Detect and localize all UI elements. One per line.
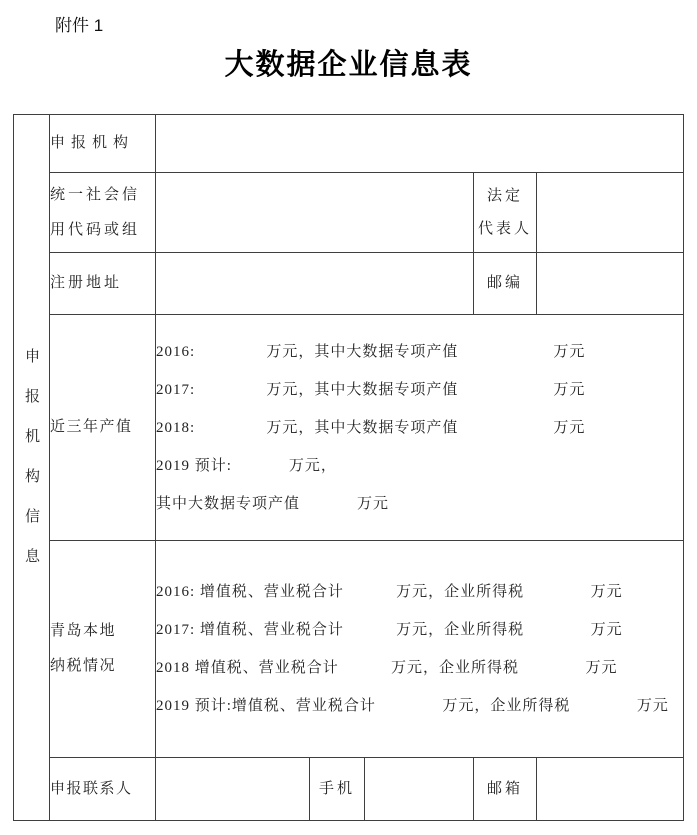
document-page: 附件 1 大数据企业信息表 申报机构信息 申报机构 统一社会信 用代码或组 法定… [0, 0, 697, 835]
credit-code-value-cell [156, 173, 474, 253]
tax-label: 青岛本地 纳税情况 [50, 541, 156, 758]
address-value-cell [156, 253, 474, 315]
contact-value-cell [156, 758, 310, 821]
credit-code-label: 统一社会信 用代码或组 [50, 173, 156, 253]
output-value-label: 近三年产值 [50, 315, 156, 541]
org-label: 申报机构 [50, 115, 156, 173]
section-label-wrap: 申报机构信息 [14, 116, 49, 820]
contact-label: 申报联系人 [50, 758, 156, 821]
address-label: 注册地址 [50, 253, 156, 315]
section-label: 申报机构信息 [21, 348, 42, 588]
email-value-cell [537, 758, 684, 821]
page-title: 大数据企业信息表 [0, 42, 697, 83]
tax-content: 2016: 增值税、营业税合计 万元，企业所得税 万元 2017: 增值税、营业… [156, 541, 684, 758]
mobile-value-cell [365, 758, 474, 821]
org-value-cell [156, 115, 684, 173]
section-label-cell: 申报机构信息 [14, 115, 50, 821]
legal-rep-label: 法定 代表人 [474, 173, 537, 253]
legal-rep-value-cell [537, 173, 684, 253]
mobile-label: 手机 [310, 758, 365, 821]
attachment-label: 附件 1 [55, 11, 103, 36]
postcode-value-cell [537, 253, 684, 315]
output-value-content: 2016: 万元，其中大数据专项产值 万元 2017: 万元，其中大数据专项产值… [156, 315, 684, 541]
info-table: 申报机构信息 申报机构 统一社会信 用代码或组 法定 代表人 注册地址 邮编 近… [13, 114, 684, 821]
email-label: 邮箱 [474, 758, 537, 821]
postcode-label: 邮编 [474, 253, 537, 315]
